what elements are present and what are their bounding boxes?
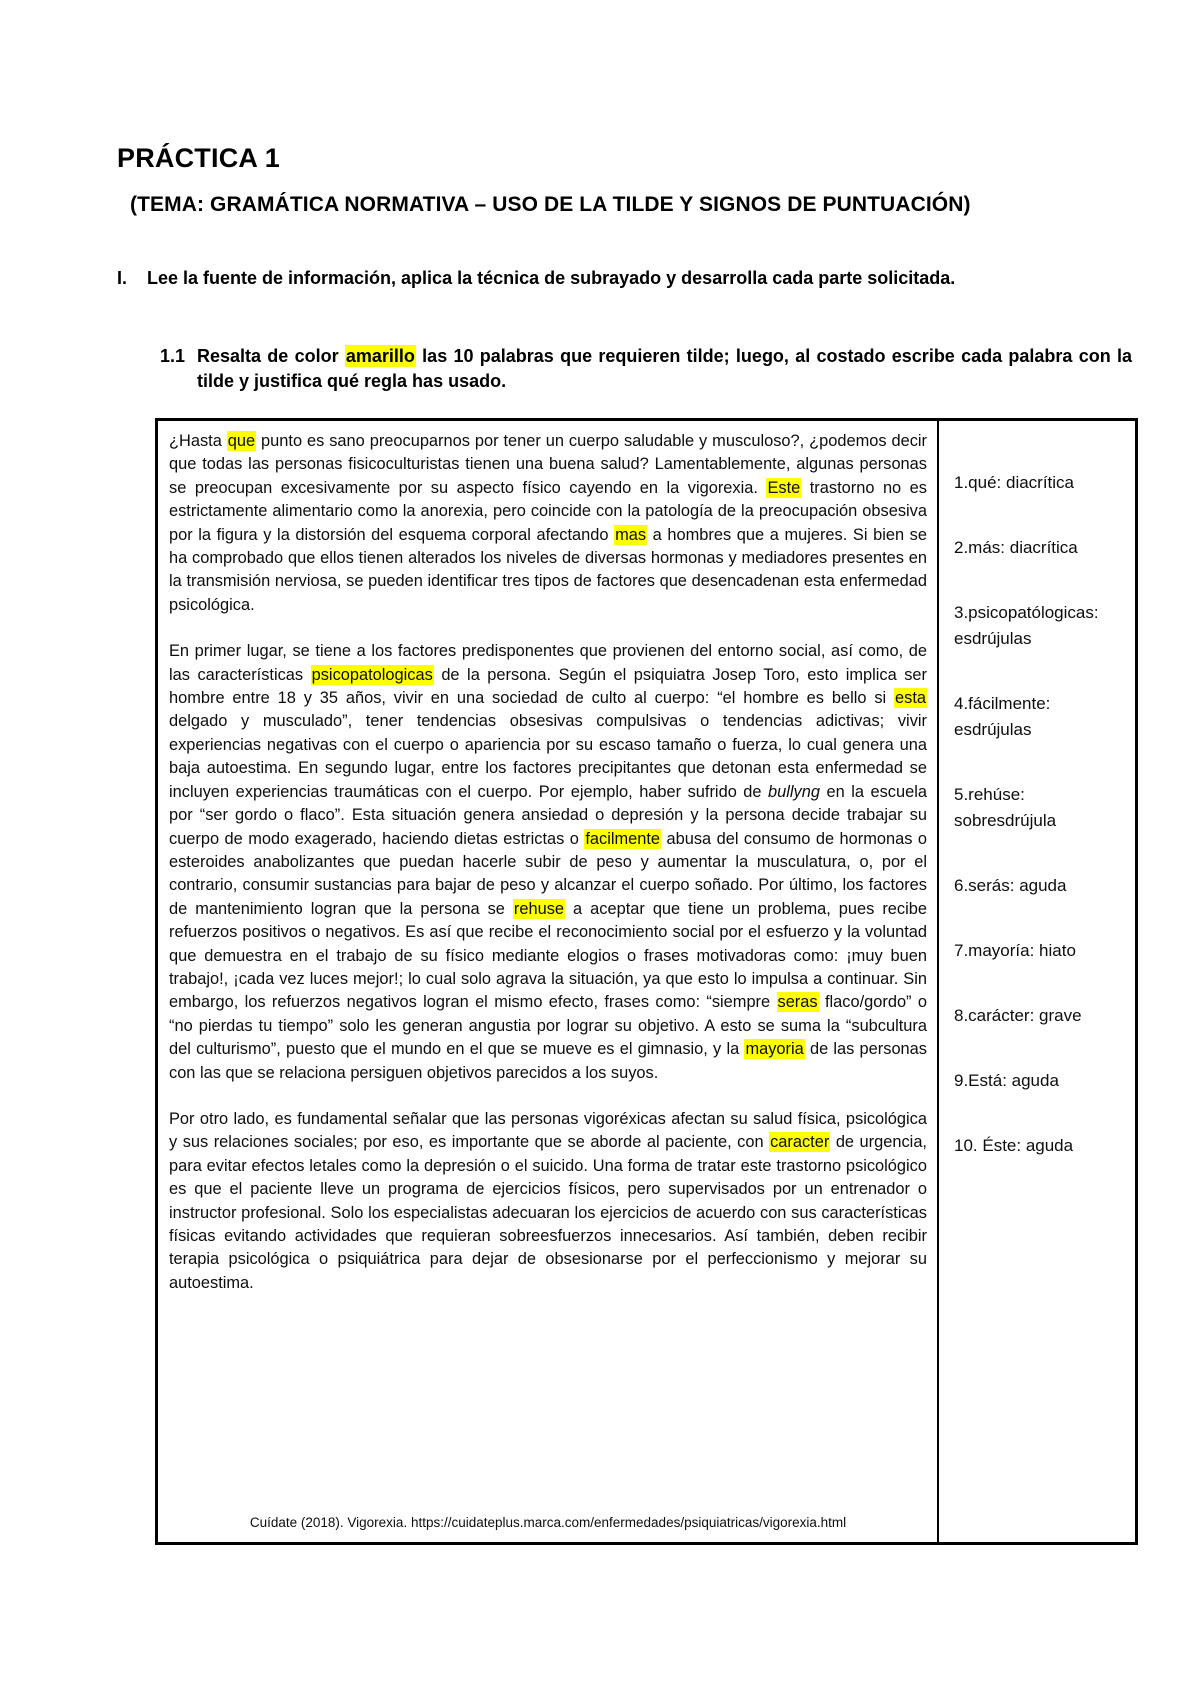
highlighted-word: caracter	[769, 1132, 830, 1152]
document-paragraph: En primer lugar, se tiene a los factores…	[169, 640, 927, 1085]
answer-item: 6.serás: aguda	[954, 873, 1129, 899]
answer-item: 5.rehúse: sobresdrújula	[954, 782, 1129, 834]
highlighted-word: que	[227, 431, 256, 451]
task-text: Resalta de color amarillo las 10 palabra…	[197, 345, 1132, 391]
text-run: Resalta de color	[197, 346, 345, 366]
highlighted-word: psicopatologicas	[311, 665, 434, 685]
italic-word: bullyng	[768, 783, 820, 801]
text-run: de urgencia, para evitar efectos letales…	[169, 1133, 927, 1291]
text-run: ¿Hasta	[169, 432, 227, 450]
document-paragraph: Por otro lado, es fundamental señalar qu…	[169, 1108, 927, 1295]
instruction-text: Lee la fuente de información, aplica la …	[147, 268, 955, 288]
task-number: 1.1	[160, 344, 185, 369]
highlighted-word: mayoria	[744, 1039, 804, 1059]
answer-item: 3.psicopatólogicas: esdrújulas	[954, 600, 1129, 652]
answers-cell: 1.qué: diacrítica2.más: diacrítica3.psic…	[939, 421, 1135, 1542]
highlighted-word: seras	[777, 992, 819, 1012]
highlighted-word: mas	[614, 525, 647, 545]
highlighted-word: esta	[894, 688, 927, 708]
answer-item: 2.más: diacrítica	[954, 535, 1129, 561]
highlighted-word: amarillo	[345, 345, 416, 367]
document-page: PRÁCTICA 1 (TEMA: GRAMÁTICA NORMATIVA – …	[0, 0, 1200, 1696]
citation: Cuídate (2018). Vigorexia. https://cuida…	[169, 1511, 927, 1536]
highlighted-word: rehuse	[513, 899, 565, 919]
instruction-number: I.	[117, 266, 127, 291]
answer-item: 9.Está: aguda	[954, 1068, 1129, 1094]
answer-item: 1.qué: diacrítica	[954, 470, 1129, 496]
answer-item: 4.fácilmente: esdrújulas	[954, 691, 1129, 743]
task-block: 1.1 Resalta de color amarillo las 10 pal…	[160, 344, 1132, 394]
highlighted-word: Este	[766, 478, 801, 498]
page-subtitle: (TEMA: GRAMÁTICA NORMATIVA – USO DE LA T…	[130, 193, 971, 217]
answer-item: 7.mayoría: hiato	[954, 938, 1129, 964]
document-paragraph: ¿Hasta que punto es sano preocuparnos po…	[169, 430, 927, 617]
answer-item: 8.carácter: grave	[954, 1003, 1129, 1029]
instruction-block: I. Lee la fuente de información, aplica …	[117, 266, 1132, 291]
page-title: PRÁCTICA 1	[117, 143, 280, 174]
exercise-table: ¿Hasta que punto es sano preocuparnos po…	[155, 418, 1138, 1545]
source-text: ¿Hasta que punto es sano preocuparnos po…	[169, 430, 927, 1511]
source-text-cell: ¿Hasta que punto es sano preocuparnos po…	[158, 421, 939, 1542]
highlighted-word: facilmente	[584, 829, 661, 849]
answer-item: 10. Éste: aguda	[954, 1133, 1129, 1159]
